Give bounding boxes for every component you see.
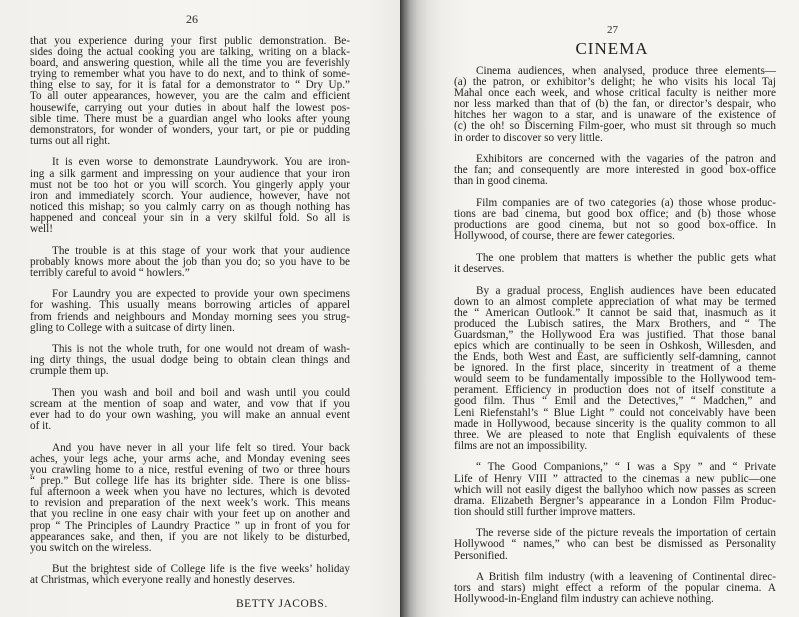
text-line: Leni Riefenstahl’s “ Blue Light ” could … [454, 408, 776, 419]
text-line: at Christmas, which everyone really and … [30, 575, 350, 586]
right-page-body: Cinema audiences, when analysed, produce… [454, 66, 776, 616]
text-line: well! [30, 224, 350, 235]
text-line: Personified. [454, 551, 776, 562]
text-line: films are not an impossibility. [454, 441, 776, 452]
text-line: “ The Good Companions,” “ I was a Spy ” … [454, 462, 776, 473]
paragraph: By a gradual process, English audiences … [454, 286, 776, 452]
text-line: By a gradual process, English audiences … [454, 286, 776, 297]
text-line: It is even worse to demonstrate Laundryw… [30, 157, 350, 168]
text-line: that you recline in one easy chair with … [30, 509, 350, 520]
paragraph: Then you wash and boil and boil and wash… [30, 388, 350, 432]
text-line: gling to College with a suitcase of dirt… [30, 323, 350, 334]
text-line: housewife, carrying out your duties in a… [30, 103, 350, 114]
text-line: from friends and neighbours and Monday m… [30, 312, 350, 323]
paragraph: And you have never in all your life felt… [30, 443, 350, 554]
text-line: ing a silk garment and impressing on you… [30, 169, 350, 180]
text-line: (c) the oh! so Discerning Film-goer, who… [454, 121, 776, 132]
left-page-body: that you experience during your first pu… [30, 36, 350, 597]
paragraph: But the brightest side of College life i… [30, 564, 350, 586]
page-number: 26 [186, 12, 198, 27]
text-line: in order to discover so very little. [454, 133, 776, 144]
paragraph: The one problem that matters is whether … [454, 253, 776, 275]
paragraph: The trouble is at this stage of your wor… [30, 246, 350, 279]
text-line: Life of Henry VIII ” attracted to the ci… [454, 474, 776, 485]
text-line: Hollywood-in-England film industry can a… [454, 594, 776, 605]
text-line: good film. Thus “ Emil and the Detective… [454, 396, 776, 407]
text-line: it deserves. [454, 264, 776, 275]
text-line: than in good cinema. [454, 176, 776, 187]
text-line: you switch on the wireless. [30, 543, 350, 554]
text-line: To all outer appearances, however, you a… [30, 91, 350, 102]
text-line: Hollywood “ names,” who can best be dism… [454, 539, 776, 550]
paragraph: “ The Good Companions,” “ I was a Spy ” … [454, 462, 776, 517]
text-line: for washing. This usually means borrowin… [30, 300, 350, 311]
text-line: turns out all right. [30, 136, 350, 147]
text-line: terribly careful to avoid “ howlers.” [30, 268, 350, 279]
text-line: of it. [30, 421, 350, 432]
text-line: prop “ The Principles of Laundry Practic… [30, 521, 350, 532]
paragraph: Cinema audiences, when analysed, produce… [454, 66, 776, 144]
paragraph: Exhibitors are concerned with the vagari… [454, 154, 776, 187]
text-line: ever had to do your own washing, you wil… [30, 410, 350, 421]
text-line: Hollywood, of course, there are fewer ca… [454, 231, 776, 242]
text-line: tion should still further improve matter… [454, 507, 776, 518]
author-signature: BETTY JACOBS. [236, 598, 328, 610]
paragraph: The reverse side of the picture reveals … [454, 528, 776, 561]
text-line: crumple them up. [30, 366, 350, 377]
paragraph: For Laundry you are expected to provide … [30, 289, 350, 333]
paragraph: that you experience during your first pu… [30, 36, 350, 147]
article-title: CINEMA [400, 39, 799, 59]
text-line: happened and conceal your sin in a very … [30, 213, 350, 224]
paragraph: This is not the whole truth, for one wou… [30, 344, 350, 377]
left-page: 26 that you experience during your first… [0, 0, 400, 617]
page-number: 27 [607, 24, 618, 36]
paragraph: It is even worse to demonstrate Laundryw… [30, 157, 350, 235]
book-spread: 26 that you experience during your first… [0, 0, 799, 617]
paragraph: Film companies are of two categories (a)… [454, 198, 776, 242]
paragraph: A British film industry (with a leavenin… [454, 572, 776, 605]
